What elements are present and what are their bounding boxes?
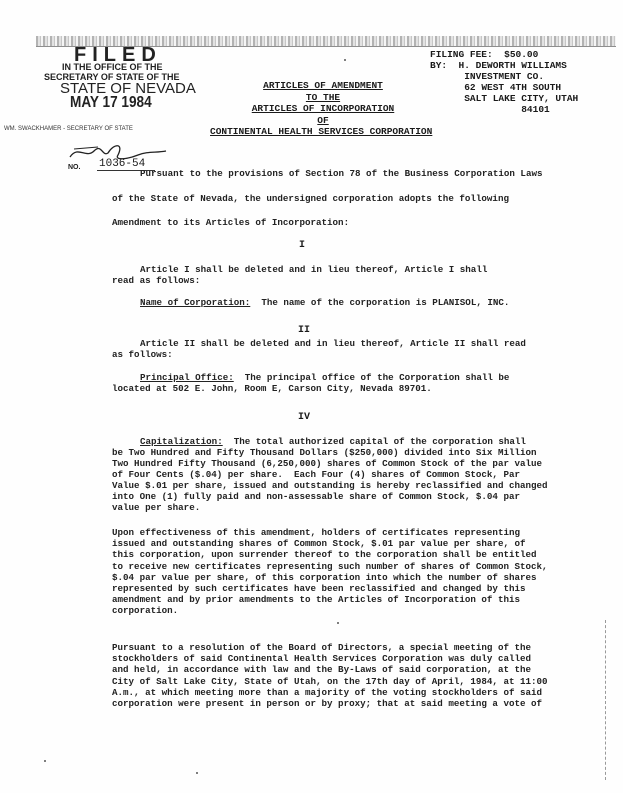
paragraph-line: and held, in accordance with law and the… xyxy=(112,664,531,675)
article-content-text: Two Hundred Fifty Thousand (6,250,000) s… xyxy=(112,458,542,469)
paragraph-line: issued and outstanding shares of Common … xyxy=(112,538,526,549)
filing-by-line: 84101 xyxy=(521,104,550,115)
article-content-text: The principal office of the Corporation … xyxy=(245,372,510,383)
paragraph-line: this corporation, upon surrender thereof… xyxy=(112,549,537,560)
filing-fee-label: FILING FEE: xyxy=(430,49,493,60)
filing-by-line: H. DEWORTH WILLIAMS xyxy=(459,60,567,71)
article-label: Principal Office: xyxy=(140,372,234,383)
scan-speck xyxy=(44,760,46,762)
filing-by-line: INVESTMENT CO. xyxy=(464,71,544,82)
article-label: Capitalization: xyxy=(140,436,223,447)
file-number-label: NO. xyxy=(68,164,80,171)
paragraph-line: corporation. xyxy=(112,605,178,616)
filing-by-line: 62 WEST 4TH SOUTH xyxy=(464,82,561,93)
filing-info: FILING FEE: $50.00 BY: H. DEWORTH WILLIA… xyxy=(430,49,578,115)
scan-speck xyxy=(344,59,346,61)
article-content: Principal Office: The principal office o… xyxy=(140,372,509,383)
stamp-line-1: IN THE OFFICE OF THE xyxy=(62,62,163,72)
secretary-of-state-line: WM. SWACKHAMER - SECRETARY OF STATE xyxy=(4,126,133,132)
article-content-text: The name of the corporation is PLANISOL,… xyxy=(261,297,509,308)
paragraph-line: corporation were present in person or by… xyxy=(112,698,542,709)
stamp-date: MAY 17 1984 xyxy=(70,94,152,112)
article-text: as follows: xyxy=(112,349,173,360)
paragraph-line: A.m., at which meeting more than a major… xyxy=(112,687,542,698)
article-content-text: be Two Hundred and Fifty Thousand Dollar… xyxy=(112,447,537,458)
scan-speck xyxy=(337,622,339,624)
article-text: Article II shall be deleted and in lieu … xyxy=(140,338,526,349)
paragraph-line: Pursuant to a resolution of the Board of… xyxy=(112,642,531,653)
paragraph-line: $.04 par value per share, of this corpor… xyxy=(112,572,537,583)
intro-line-3: Amendment to its Articles of Incorporati… xyxy=(112,217,349,228)
document-title: ARTICLES OF AMENDMENT TO THE ARTICLES OF… xyxy=(228,80,418,126)
article-content-text: The total authorized capital of the corp… xyxy=(234,436,526,447)
article-label: Name of Corporation: xyxy=(140,297,250,308)
margin-mark xyxy=(605,620,607,780)
title-line-1: ARTICLES OF AMENDMENT xyxy=(228,80,418,92)
document-page: FILED IN THE OFFICE OF THE SECRETARY OF … xyxy=(0,0,623,793)
filing-fee-value: $50.00 xyxy=(504,49,538,60)
filing-by-line: SALT LAKE CITY, UTAH xyxy=(464,93,578,104)
title-line-4: OF xyxy=(228,115,418,127)
article-heading: I xyxy=(299,240,305,251)
title-corporation: CONTINENTAL HEALTH SERVICES CORPORATION xyxy=(210,126,432,138)
paragraph-line: stockholders of said Continental Health … xyxy=(112,653,531,664)
article-content-text: value per share. xyxy=(112,502,200,513)
article-content: Name of Corporation: The name of the cor… xyxy=(140,297,509,308)
article-content: Capitalization: The total authorized cap… xyxy=(140,436,526,447)
intro-line-2: of the State of Nevada, the undersigned … xyxy=(112,193,509,204)
paragraph-line: amendment and by prior amendments to the… xyxy=(112,594,520,605)
article-text: read as follows: xyxy=(112,275,200,286)
intro-line-1: Pursuant to the provisions of Section 78… xyxy=(140,168,542,179)
title-line-2: TO THE xyxy=(228,92,418,104)
article-content-text: into One (1) fully paid and non-assessab… xyxy=(112,491,520,502)
scan-speck xyxy=(196,772,198,774)
article-heading: II xyxy=(298,325,310,336)
article-text: Article I shall be deleted and in lieu t… xyxy=(140,264,487,275)
paragraph-line: City of Salt Lake City, State of Utah, o… xyxy=(112,676,548,687)
paragraph-line: to receive new certificates representing… xyxy=(112,561,548,572)
article-heading: IV xyxy=(298,412,310,423)
article-content-text: located at 502 E. John, Room E, Carson C… xyxy=(112,383,432,394)
paragraph-line: Upon effectiveness of this amendment, ho… xyxy=(112,527,520,538)
article-content-text: of Four Cents ($.04) per share. Each Fou… xyxy=(112,469,520,480)
title-line-3: ARTICLES OF INCORPORATION xyxy=(228,103,418,115)
filing-by-label: BY: xyxy=(430,60,447,71)
paragraph-line: represented by such certificates have be… xyxy=(112,583,526,594)
article-content-text: Value $.01 per share, issued and outstan… xyxy=(112,480,548,491)
